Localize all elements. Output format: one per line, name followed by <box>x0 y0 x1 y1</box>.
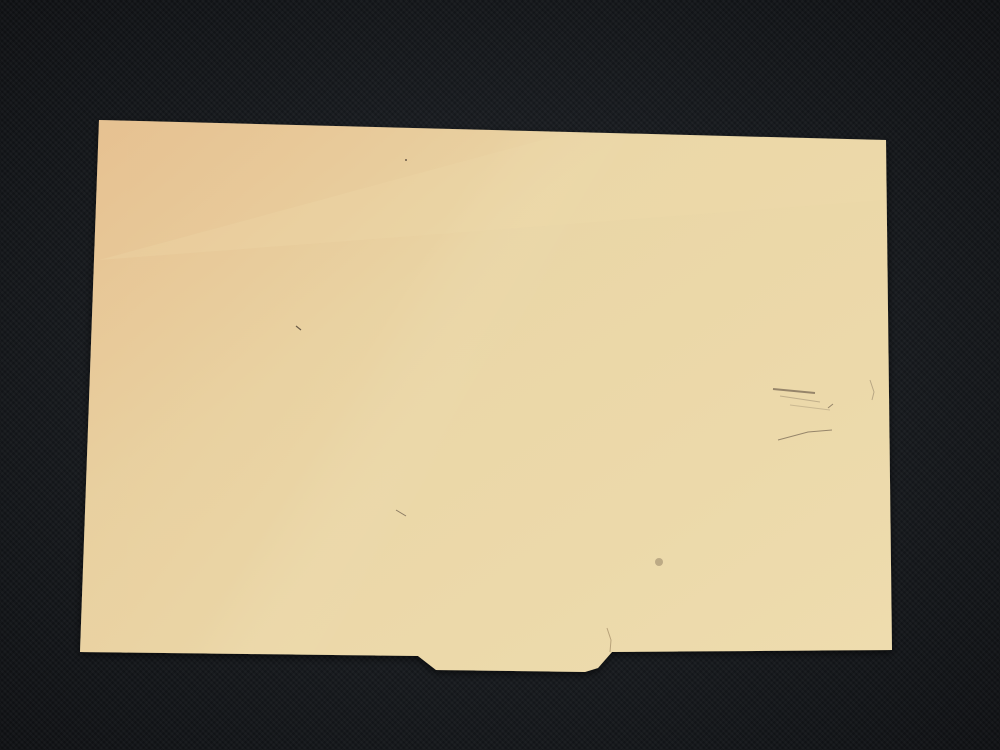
dark-spot <box>655 558 663 566</box>
paper-card <box>0 0 1000 750</box>
